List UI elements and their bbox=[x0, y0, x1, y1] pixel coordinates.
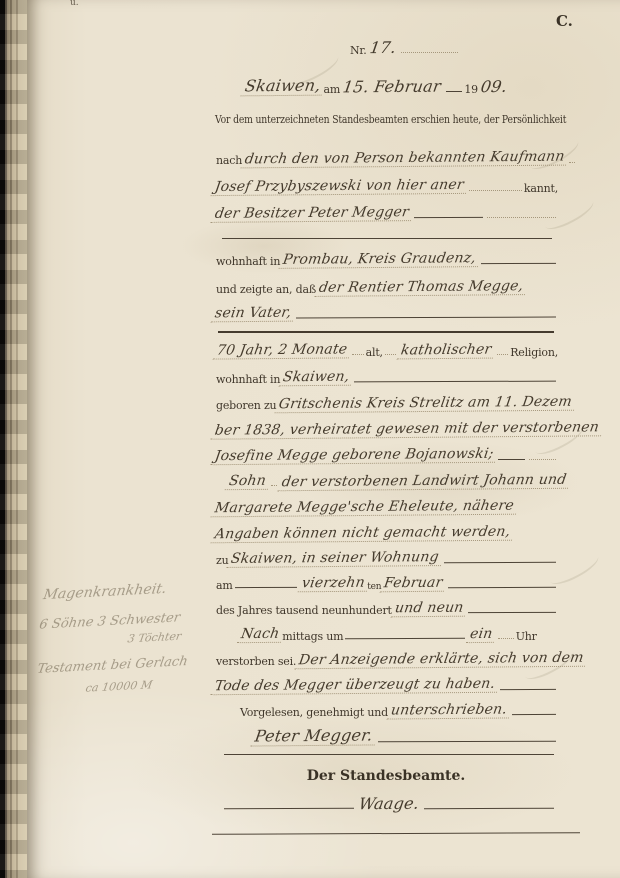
parents-line2-handwritten: Margarete Megge'sche Eheleute, nähere bbox=[211, 498, 519, 518]
intro-printed-text: Vor dem unterzeichneten Standesbeamten e… bbox=[215, 113, 566, 126]
declaration-line2-handwritten: Tode des Megger überzeugt zu haben. bbox=[211, 676, 500, 695]
mittags-label: mittags um bbox=[282, 630, 343, 643]
year-handwritten: 09. bbox=[477, 77, 512, 96]
birth-line2-handwritten: ber 1838, verheiratet gewesen mit der ve… bbox=[210, 419, 603, 439]
section-rule bbox=[222, 238, 552, 239]
nr-label: Nr. bbox=[350, 44, 367, 57]
drawn-line bbox=[446, 91, 462, 92]
wohnhaft-label-2: wohnhaft in bbox=[216, 373, 280, 386]
drawn-line bbox=[354, 381, 556, 383]
drawn-line bbox=[481, 263, 556, 264]
drawn-line bbox=[414, 217, 483, 218]
kannt-label: kannt, bbox=[524, 182, 558, 195]
drawn-line bbox=[224, 808, 354, 809]
hour-handwritten: ein bbox=[466, 626, 497, 643]
vorgelesen-label: Vorgelesen, genehmigt und bbox=[240, 706, 388, 719]
form-dotted-line bbox=[529, 459, 556, 460]
age-handwritten: 70 Jahr, 2 Monate bbox=[213, 341, 352, 359]
book-binding-edge bbox=[0, 0, 27, 878]
form-dotted-line bbox=[497, 354, 509, 355]
death-year-handwritten: und neun bbox=[390, 600, 467, 618]
section-rule-heavy bbox=[218, 331, 554, 333]
alt-label: alt, bbox=[366, 346, 383, 359]
official-signature: Waage. bbox=[354, 794, 423, 814]
drawn-line bbox=[512, 714, 556, 715]
drawn-line bbox=[378, 741, 556, 743]
form-corner-letter: C. bbox=[556, 12, 573, 30]
uhr-label: Uhr bbox=[516, 630, 537, 643]
parents-line3-handwritten: Angaben können nicht gemacht werden, bbox=[211, 524, 515, 544]
daytime-handwritten: Nach bbox=[237, 626, 284, 643]
drawn-line bbox=[498, 459, 525, 460]
informant-relation-handwritten: sein Vater, bbox=[211, 305, 296, 323]
form-dotted-line bbox=[487, 217, 556, 218]
paper-page bbox=[27, 0, 620, 878]
birth-line3-handwritten: Josefine Megge geborene Bojanowski; bbox=[211, 446, 498, 465]
standesbeamte-title: Der Standesbeamte. bbox=[307, 768, 466, 784]
parents-line1a-handwritten: Sohn bbox=[225, 473, 270, 490]
am-label-2: am bbox=[216, 579, 233, 592]
nach-label: nach bbox=[216, 154, 242, 167]
page-top-cutoff-mark: u. bbox=[70, 0, 79, 8]
geboren-label: geboren zu bbox=[216, 399, 276, 412]
verstorben-label: verstorben sei. bbox=[216, 655, 296, 668]
anzeige-label: und zeigte an, daß bbox=[216, 283, 316, 296]
drawn-line bbox=[345, 638, 465, 639]
drawn-line bbox=[444, 562, 556, 563]
drawn-line bbox=[235, 587, 297, 588]
register-page-scan: u. C. Nr. 17. Skaiwen, am 15. Februar 19… bbox=[0, 0, 620, 878]
drawn-line bbox=[424, 808, 554, 809]
form-dotted-line bbox=[469, 190, 522, 191]
drawn-line bbox=[468, 612, 556, 613]
form-dotted-line bbox=[352, 354, 364, 355]
deceased-residence-handwritten: Skaiwen, bbox=[279, 369, 354, 387]
wohnhaft-label: wohnhaft in bbox=[216, 255, 280, 268]
form-dotted-line bbox=[569, 162, 575, 163]
informant-residence-handwritten: Prombau, Kreis Graudenz, bbox=[279, 250, 481, 269]
form-dotted-line bbox=[498, 638, 514, 639]
year-words-label: des Jahres tausend neunhundert bbox=[216, 604, 392, 617]
parents-line1b-handwritten: der verstorbenen Landwirt Johann und bbox=[277, 472, 570, 492]
birth-line1-handwritten: Gritschenis Kreis Strelitz am 11. Dezem bbox=[275, 394, 577, 414]
form-dotted-line bbox=[401, 52, 458, 53]
identification-line2-handwritten: Josef Przybyszewski von hier aner bbox=[211, 177, 468, 196]
identification-line3-handwritten: der Besitzer Peter Megger bbox=[211, 204, 414, 223]
form-dotted-line bbox=[271, 485, 277, 486]
nr-value-handwritten: 17. bbox=[365, 38, 400, 57]
drawn-line bbox=[296, 317, 556, 319]
declaration-line1-handwritten: Der Anzeigende erklärte, sich von dem bbox=[295, 650, 588, 670]
place-handwritten: Skaiwen, bbox=[240, 76, 325, 97]
death-month-handwritten: Februar bbox=[380, 575, 447, 593]
closing-rule bbox=[224, 754, 554, 755]
drawn-line bbox=[448, 587, 556, 588]
form-dotted-line bbox=[385, 354, 397, 355]
religion-handwritten: katholischer bbox=[397, 342, 496, 360]
informant-signature: Peter Megger. bbox=[250, 725, 377, 746]
identification-line1-handwritten: durch den von Person bekannten Kaufmann bbox=[241, 149, 569, 169]
death-day-handwritten: vierzehn bbox=[297, 575, 368, 593]
informant-statement-handwritten: der Rentier Thomas Megge, bbox=[315, 278, 528, 297]
death-place-handwritten: Skaiwen, in seiner Wohnung bbox=[227, 549, 443, 568]
am-label: am bbox=[323, 83, 340, 96]
religion-label: Religion, bbox=[510, 346, 558, 359]
unterschrieben-handwritten: unterschrieben. bbox=[387, 701, 512, 719]
date-handwritten: 15. Februar bbox=[339, 77, 446, 97]
drawn-line bbox=[500, 689, 556, 690]
